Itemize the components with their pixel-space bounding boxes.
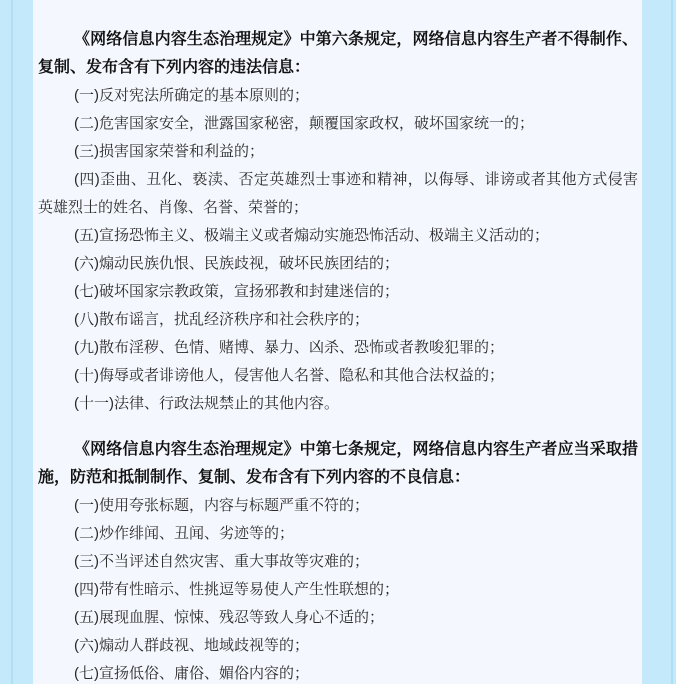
regulation-item: (九)散布淫秽、色情、赌博、暴力、凶杀、恐怖或者教唆犯罪的； <box>38 334 638 362</box>
regulation-item: (四)歪曲、丑化、亵渎、否定英雄烈士事迹和精神，以侮辱、诽谤或者其他方式侵害英雄… <box>38 166 638 222</box>
regulation-item: (七)破坏国家宗教政策，宣扬邪教和封建迷信的； <box>38 278 638 306</box>
regulation-item: (五)宣扬恐怖主义、极端主义或者煽动实施恐怖活动、极端主义活动的； <box>38 222 638 250</box>
article-7-heading: 《网络信息内容生态治理规定》中第七条规定，网络信息内容生产者应当采取措施，防范和… <box>38 436 638 492</box>
regulation-item: (三)损害国家荣誉和利益的； <box>38 138 638 166</box>
regulation-item: (六)煽动人群歧视、地域歧视等的； <box>38 632 638 660</box>
right-edge-line <box>671 0 673 684</box>
section-article-7: 《网络信息内容生态治理规定》中第七条规定，网络信息内容生产者应当采取措施，防范和… <box>38 436 638 684</box>
regulation-item: (一)使用夸张标题，内容与标题严重不符的； <box>38 492 638 520</box>
article-6-heading: 《网络信息内容生态治理规定》中第六条规定，网络信息内容生产者不得制作、复制、发布… <box>38 26 638 82</box>
regulation-item: (二)炒作绯闻、丑闻、劣迹等的； <box>38 520 638 548</box>
regulation-item: (八)散布谣言，扰乱经济秩序和社会秩序的； <box>38 306 638 334</box>
regulation-item: (一)反对宪法所确定的基本原则的； <box>38 82 638 110</box>
regulation-item: (十)侮辱或者诽谤他人，侵害他人名誉、隐私和其他合法权益的； <box>38 362 638 390</box>
regulation-item: (十一)法律、行政法规禁止的其他内容。 <box>38 390 638 418</box>
regulation-item: (二)危害国家安全，泄露国家秘密，颠覆国家政权，破坏国家统一的； <box>38 110 638 138</box>
content-panel: 《网络信息内容生态治理规定》中第六条规定，网络信息内容生产者不得制作、复制、发布… <box>33 0 642 684</box>
left-edge-line <box>11 0 13 684</box>
section-article-6: 《网络信息内容生态治理规定》中第六条规定，网络信息内容生产者不得制作、复制、发布… <box>38 26 638 418</box>
regulation-item: (七)宣扬低俗、庸俗、媚俗内容的； <box>38 660 638 684</box>
regulation-item: (三)不当评述自然灾害、重大事故等灾难的； <box>38 548 638 576</box>
regulation-item: (四)带有性暗示、性挑逗等易使人产生性联想的； <box>38 576 638 604</box>
regulation-item: (六)煽动民族仇恨、民族歧视，破坏民族团结的； <box>38 250 638 278</box>
regulation-item: (五)展现血腥、惊悚、残忍等致人身心不适的； <box>38 604 638 632</box>
